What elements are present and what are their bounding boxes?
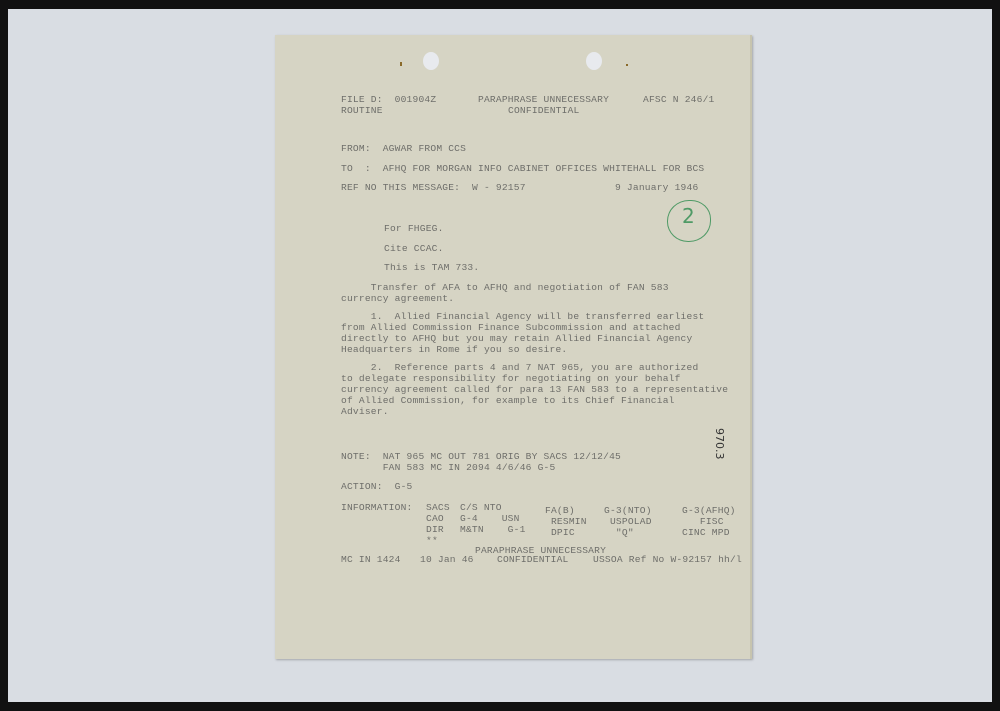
from-line: FROM: AGWAR FROM CCS (341, 143, 466, 154)
body-line: Cite CCAC. (384, 243, 444, 254)
to-line: TO : AFHQ FOR MORGAN INFO CABINET OFFICE… (341, 163, 704, 174)
subject: Transfer of AFA to AFHQ and negotiation … (341, 282, 669, 304)
message-date: 9 January 1946 (615, 182, 698, 193)
file-id: FILE D: 001904Z (341, 94, 436, 105)
priority: ROUTINE (341, 105, 383, 116)
footer-mc-in: MC IN 1424 (341, 554, 401, 565)
paraphrase-notice: PARAPHRASE UNNECESSARY (478, 94, 609, 105)
reference-number: AFSC N 246/1 (643, 94, 715, 105)
footer-date: 10 Jan 46 (420, 554, 474, 565)
handwritten-file-number: 970.3 (713, 428, 726, 460)
punch-hole (586, 52, 602, 70)
paragraph-2: 2. Reference parts 4 and 7 NAT 965, you … (341, 362, 728, 417)
information-col: C/S NTO G-4 USN M&TN G-1 (460, 502, 526, 535)
information-col: FA(B) RESMIN DPIC (545, 505, 587, 538)
information-col: SACS CAO DIR ** (426, 502, 450, 546)
information-col: G-3(NTO) USPOLAD "Q" (604, 505, 652, 538)
paper-speck (626, 64, 628, 66)
paragraph-1: 1. Allied Financial Agency will be trans… (341, 311, 704, 355)
information-col: G-3(AFHQ) FISC CINC MPD (682, 505, 736, 538)
footer-reference: USSOA Ref No W-92157 hh/l (593, 554, 742, 565)
body-line: This is TAM 733. (384, 262, 479, 273)
ref-line: REF NO THIS MESSAGE: W - 92157 (341, 182, 526, 193)
punch-hole (423, 52, 439, 70)
note: NOTE: NAT 965 MC OUT 781 ORIG BY SACS 12… (341, 451, 621, 473)
handwritten-number: 2 (682, 204, 695, 228)
paper-speck (400, 62, 402, 66)
classification: CONFIDENTIAL (508, 105, 580, 116)
information-label: INFORMATION: (341, 502, 413, 513)
footer-classification: CONFIDENTIAL (497, 554, 569, 565)
action: ACTION: G-5 (341, 481, 413, 492)
body-line: For FHGEG. (384, 223, 444, 234)
